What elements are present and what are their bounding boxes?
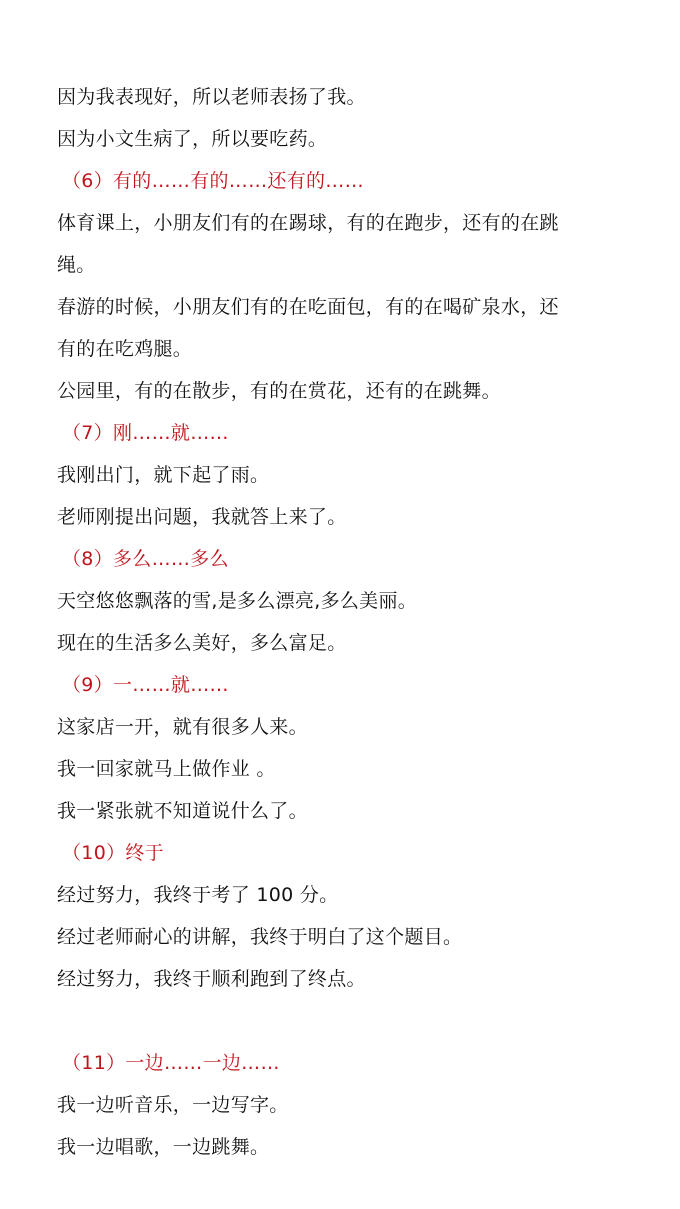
sentence: 我一边听音乐，一边写字。 <box>57 1093 289 1117</box>
section-heading: （10）终于 <box>62 841 164 865</box>
sentence: 体育课上，小朋友们有的在踢球，有的在跑步，还有的在跳 <box>57 211 559 235</box>
sentence: 我一紧张就不知道说什么了。 <box>57 799 308 823</box>
sentence: 老师刚提出问题，我就答上来了。 <box>57 505 347 529</box>
section-heading: （9）一……就…… <box>62 673 229 697</box>
section-heading: （7）刚……就…… <box>62 421 229 445</box>
section-heading: （8）多么……多么 <box>62 547 229 571</box>
sentence: 有的在吃鸡腿。 <box>57 337 192 361</box>
sentence: 我一回家就马上做作业 。 <box>57 757 276 781</box>
sentence: 我一边唱歌，一边跳舞。 <box>57 1135 269 1159</box>
section-heading: （6）有的……有的……还有的…… <box>62 169 364 193</box>
sentence: 春游的时候，小朋友们有的在吃面包，有的在喝矿泉水，还 <box>57 295 559 319</box>
sentence: 这家店一开，就有很多人来。 <box>57 715 308 739</box>
section-heading: （11）一边……一边…… <box>62 1051 280 1075</box>
sentence: 现在的生活多么美好，多么富足。 <box>57 631 347 655</box>
sentence: 因为小文生病了，所以要吃药。 <box>57 127 327 151</box>
sentence: 我刚出门，就下起了雨。 <box>57 463 269 487</box>
sentence: 天空悠悠飘落的雪,是多么漂亮,多么美丽。 <box>57 589 417 613</box>
sentence: 经过努力，我终于考了 100 分。 <box>57 883 338 907</box>
sentence: 公园里，有的在散步，有的在赏花，还有的在跳舞。 <box>57 379 501 403</box>
sentence: 绳。 <box>57 253 96 277</box>
sentence: 因为我表现好，所以老师表扬了我。 <box>57 85 366 109</box>
sentence: 经过老师耐心的讲解，我终于明白了这个题目。 <box>57 925 462 949</box>
sentence: 经过努力，我终于顺利跑到了终点。 <box>57 967 366 991</box>
